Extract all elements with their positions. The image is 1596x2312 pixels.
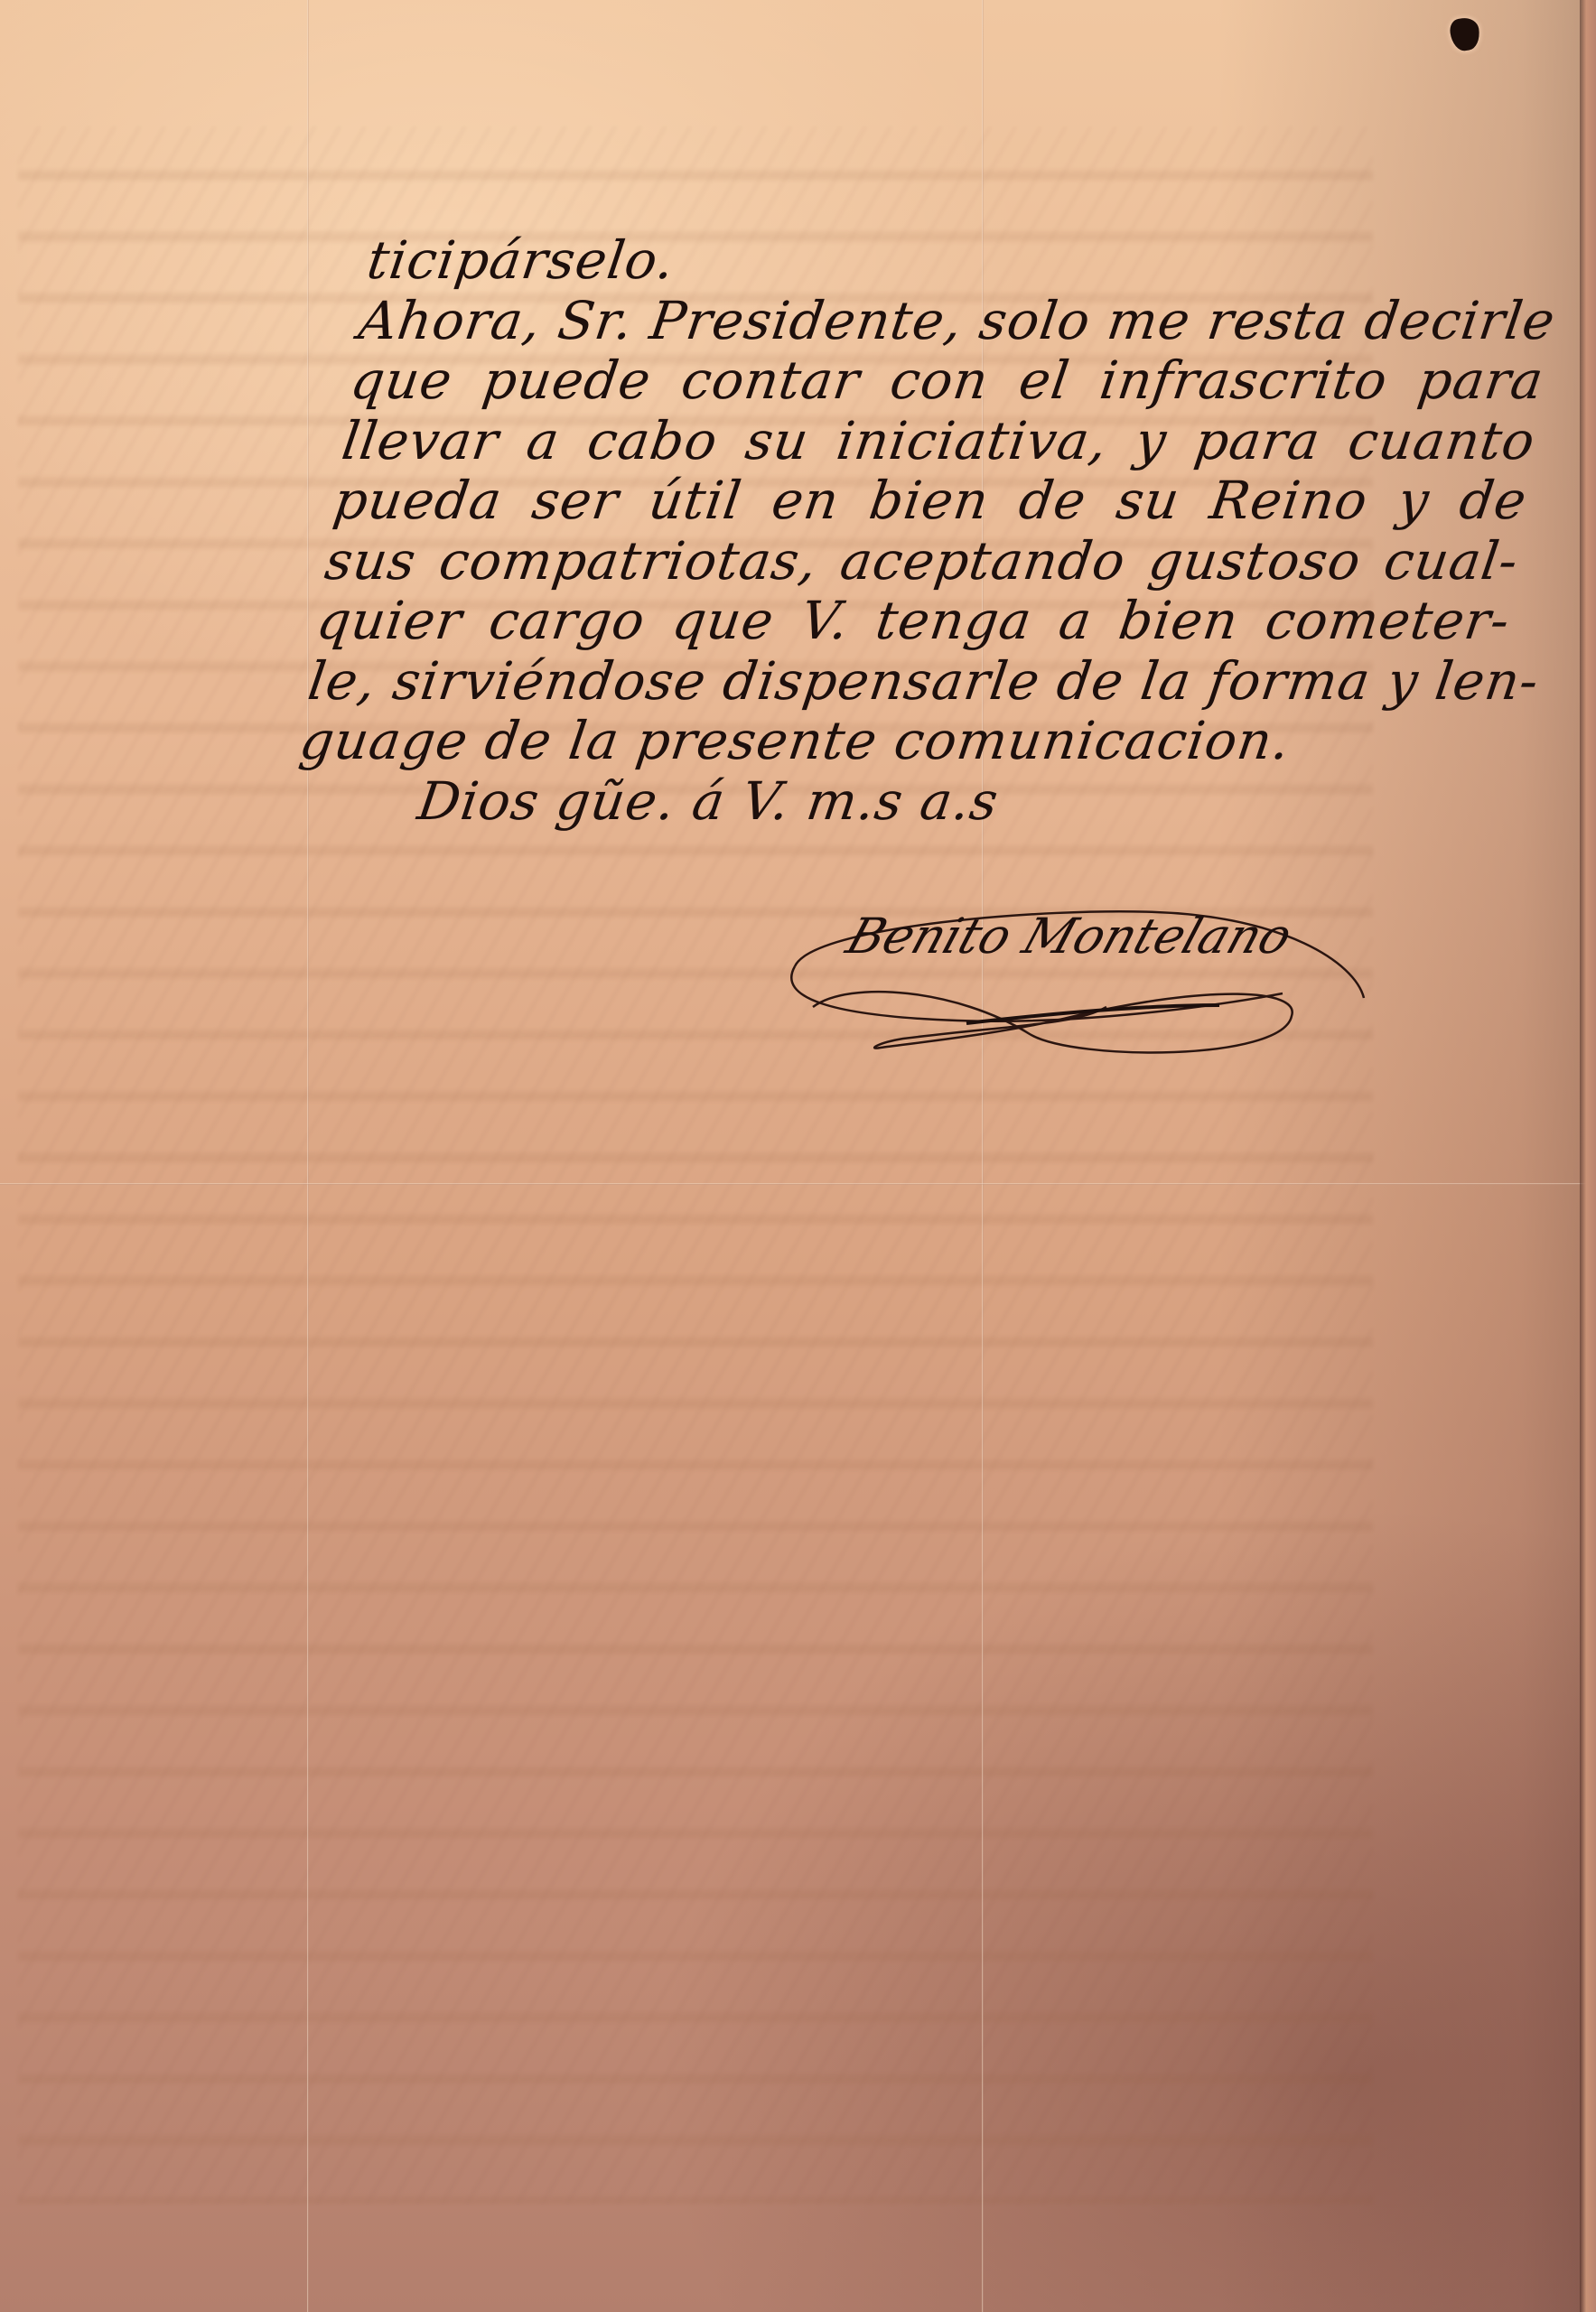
- letter-body: ticipárselo. Ahora, Sr. Presidente, solo…: [288, 230, 1564, 831]
- letter-line: quier cargo que V. tenga a bien cometer-: [313, 591, 1514, 651]
- page-edge: [1580, 0, 1596, 2312]
- letter-line: pueda ser útil en bien de su Reino y de: [330, 471, 1530, 531]
- signature: Benito Montelano: [777, 890, 1391, 1061]
- vertical-fold-left: [307, 0, 309, 2312]
- letter-line: ticipárselo.: [364, 230, 1564, 291]
- letter-line: Ahora, Sr. Presidente, solo me resta dec…: [355, 291, 1555, 351]
- letter-line: sus compatriotas, aceptando gustoso cual…: [322, 531, 1522, 592]
- letter-line: que puede contar con el infrascrito para: [347, 350, 1547, 411]
- letter-line: llevar a cabo su iniciativa, y para cuan…: [339, 411, 1539, 471]
- letter-line: le, sirviéndose dispensarle de la forma …: [304, 651, 1505, 712]
- letter-line: guage de la presente comunicacion.: [296, 711, 1497, 771]
- closing-line: Dios gũe. á V. m.s a.s: [288, 771, 1489, 832]
- horizontal-fold: [0, 1183, 1596, 1185]
- letter-page: ticipárselo. Ahora, Sr. Presidente, solo…: [0, 0, 1596, 2312]
- signature-name: Benito Montelano: [840, 908, 1300, 965]
